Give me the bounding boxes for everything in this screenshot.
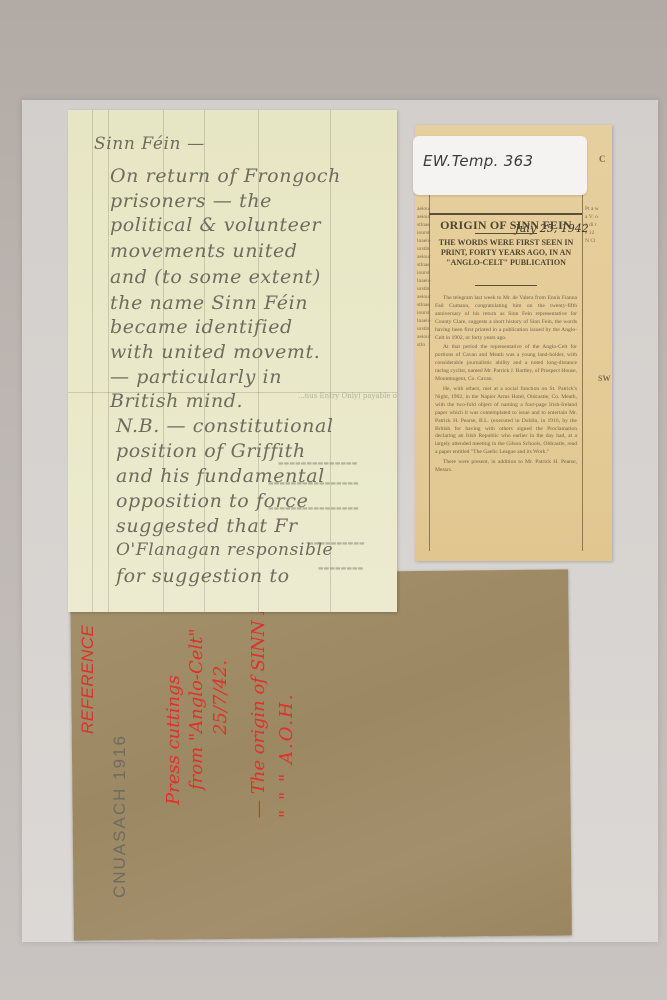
ruled-line	[108, 110, 109, 612]
note-line: suggested that Fr	[116, 515, 298, 537]
note-line: prisoners — the	[110, 190, 272, 212]
note-line: British mind.	[110, 390, 243, 412]
note-line: became identified	[110, 316, 293, 338]
reference-envelope	[70, 569, 572, 940]
side-fragment: SW	[598, 375, 612, 383]
clipping-paragraph: The telegram last week to Mr. de Valera …	[435, 295, 577, 342]
underlying-print: ...nus Entry Only) payable on this Entry…	[298, 392, 397, 400]
note-line: and his fundamental	[116, 465, 325, 487]
note-line: political & volunteer	[110, 214, 321, 236]
archive-label-text: EW.Temp. 363	[423, 152, 533, 170]
envelope-annotation-line: " " " A.O.H.	[276, 692, 297, 818]
note-line: On return of Frongoch	[110, 165, 341, 187]
handwritten-note: ...nus Entry Only) payable on this Entry…	[68, 110, 397, 612]
note-heading: Sinn Féin —	[94, 134, 205, 154]
top-rule	[429, 213, 582, 215]
envelope-annotation-date: 25/7/42.	[210, 660, 231, 735]
envelope-annotation-line: from "Anglo-Celt"	[186, 628, 207, 790]
envelope-collection-label: CNUASACH 1916	[110, 734, 130, 898]
note-line: and (to some extent)	[110, 266, 321, 288]
ruled-line	[92, 110, 93, 612]
underlying-print-block: ▬▬▬▬▬▬▬▬	[318, 565, 363, 572]
note-line: N.B. — constitutional	[116, 415, 334, 437]
clipping-headline: ORIGIN OF SINN FEIN	[435, 218, 577, 233]
subheadline-rule	[475, 285, 537, 286]
envelope-annotation-line: Press cuttings	[163, 675, 184, 805]
adjacent-column-right: Pt a w a V: on di re 12 N Cl	[585, 205, 599, 245]
column-rule	[582, 195, 583, 551]
clipping-paragraph: At that period the representative of the…	[435, 344, 577, 384]
note-line: — particularly in	[110, 366, 282, 388]
clipping-body: The telegram last week to Mr. de Valera …	[435, 295, 577, 477]
adjacent-column-left: aeiouaeiourstlnaeiourstlnaeiourstlnaeiou…	[417, 205, 431, 349]
note-line: the name Sinn Féin	[110, 292, 308, 314]
clipping-paragraph: There were present, in addition to Mr. P…	[435, 459, 577, 475]
side-fragment: Pt	[585, 206, 590, 212]
note-line: O'Flanagan responsible	[116, 540, 333, 560]
note-line: with united movemt.	[110, 341, 320, 363]
note-line: for suggestion to	[116, 565, 290, 587]
headline-rule	[475, 233, 537, 234]
side-fragment: C	[599, 155, 612, 163]
clipping-paragraph: He, with others, met at a social functio…	[435, 386, 577, 457]
note-line: position of Griffith	[116, 440, 306, 462]
archive-label: EW.Temp. 363	[413, 136, 587, 195]
note-line: movements united	[110, 240, 298, 262]
envelope-reference-stamp: REFERENCE	[78, 625, 98, 734]
note-line: opposition to force	[116, 490, 308, 512]
clipping-subheadline: THE WORDS WERE FIRST SEEN IN PRINT, FORT…	[435, 238, 577, 268]
